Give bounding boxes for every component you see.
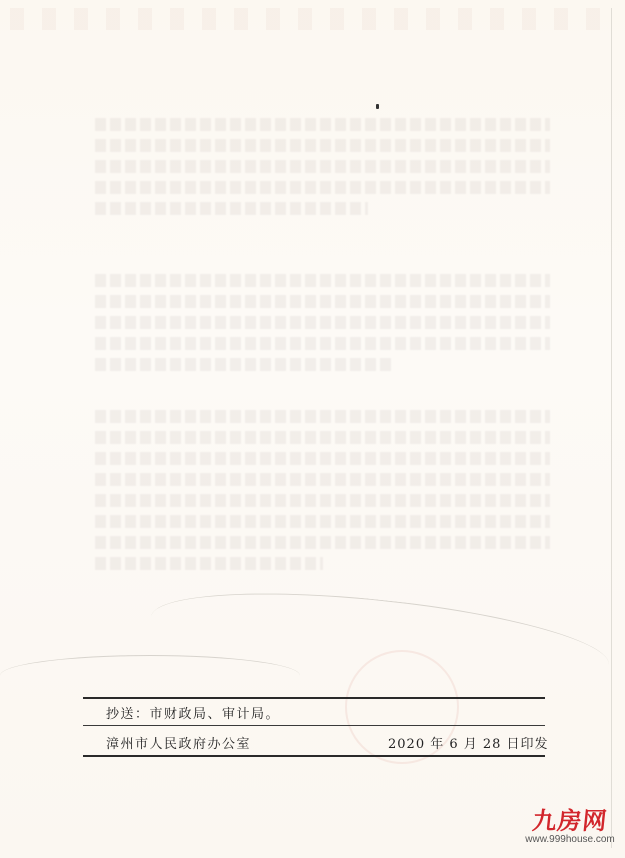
footer-rule-middle [83, 725, 545, 726]
document-page: 抄送：市财政局、审计局。 漳州市人民政府办公室 2020 年 6 月 28 日印… [0, 0, 625, 858]
paper-fold-line [0, 655, 300, 696]
cc-line: 抄送：市财政局、审计局。 [106, 703, 280, 722]
footer-rule-bottom [83, 755, 545, 757]
issue-date: 2020 年 6 月 28 日印发 [388, 733, 549, 752]
watermark: 九房网 www.999house.com [520, 808, 620, 846]
footer-rule-top [83, 697, 545, 699]
issuing-office: 漳州市人民政府办公室 [106, 733, 251, 752]
top-edge-bleed [10, 8, 610, 30]
bleed-through-paragraph [95, 110, 550, 223]
bleed-through-paragraph [95, 402, 550, 578]
cc-label: 抄送： [106, 707, 150, 722]
watermark-logo: 九房网 [519, 808, 622, 834]
cc-recipients: 市财政局、审计局。 [150, 707, 281, 722]
watermark-url: www.999house.com [520, 834, 620, 846]
ink-speck [376, 104, 379, 109]
page-edge [611, 8, 612, 848]
bleed-through-paragraph [95, 266, 550, 379]
